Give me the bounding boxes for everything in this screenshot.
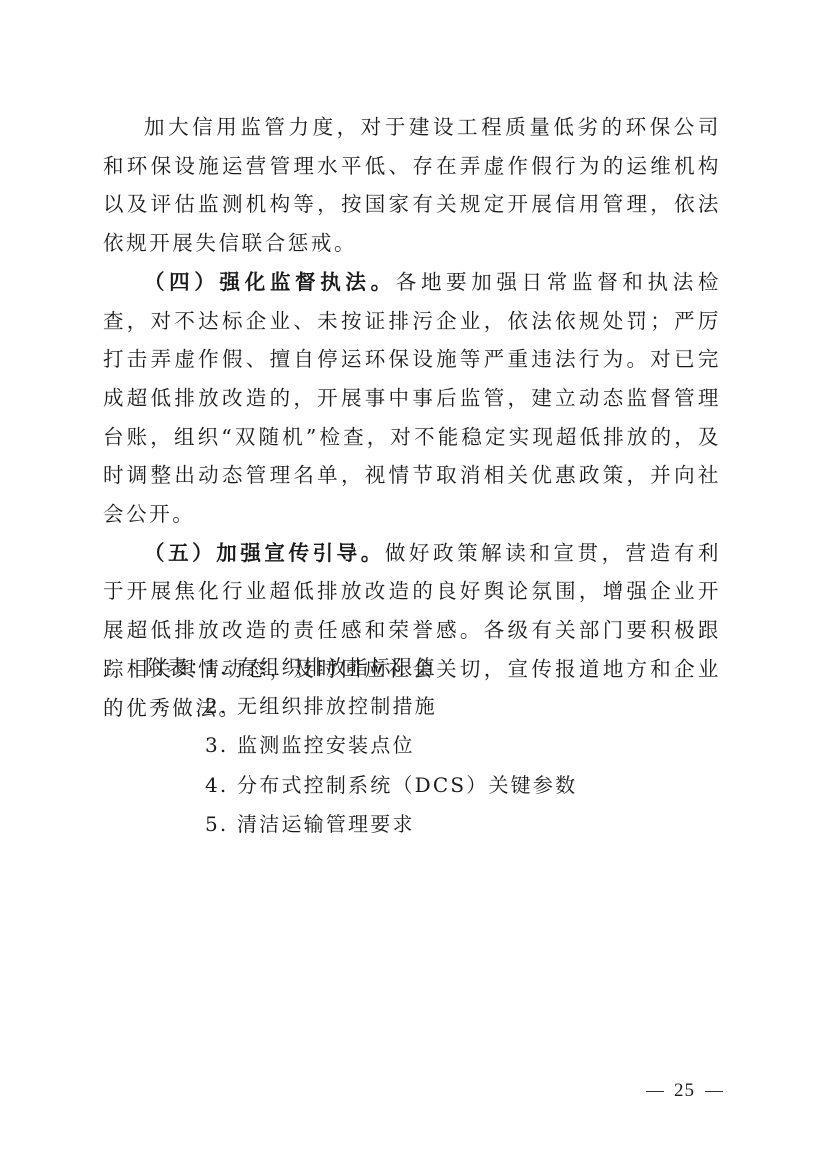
dash-left [646,1091,664,1092]
appendix-item: 1. 有组织排放指标限值 [205,648,437,687]
paragraph-supervision-enforcement: （四）强化监督执法。各地要加强日常监督和执法检查，对不达标企业、未按证排污企业，… [103,263,721,534]
appendix-item: 5. 清洁运输管理要求 [205,805,415,844]
appendix-row: 附表： 1. 有组织排放指标限值 [145,648,577,687]
appendix-item: 2. 无组织排放控制措施 [205,687,437,726]
appendix-row: 5. 清洁运输管理要求 [145,805,577,844]
page-number: 25 [636,1080,733,1102]
paragraph-text: 各地要加强日常监督和执法检查，对不达标企业、未按证排污企业，依法依规处罚；严厉打… [103,270,721,526]
appendix-row: 3. 监测监控安装点位 [145,726,577,765]
dash-right [705,1091,723,1092]
appendix-item: 4. 分布式控制系统（DCS）关键参数 [205,766,577,805]
page-number-value: 25 [674,1080,695,1101]
paragraph-credit-supervision: 加大信用监管力度，对于建设工程质量低劣的环保公司和环保设施运营管理水平低、存在弄… [103,108,721,263]
appendix-item: 3. 监测监控安装点位 [205,726,415,765]
paragraph-text: 加大信用监管力度，对于建设工程质量低劣的环保公司和环保设施运营管理水平低、存在弄… [103,115,721,255]
appendix-list: 附表： 1. 有组织排放指标限值 2. 无组织排放控制措施 3. 监测监控安装点… [145,648,577,844]
appendix-label: 附表： [145,648,205,687]
appendix-row: 2. 无组织排放控制措施 [145,687,577,726]
paragraph-heading: （四）强化监督执法。 [144,270,396,294]
document-body: 加大信用监管力度，对于建设工程质量低劣的环保公司和环保设施运营管理水平低、存在弄… [103,108,721,727]
appendix-row: 4. 分布式控制系统（DCS）关键参数 [145,766,577,805]
paragraph-heading: （五）加强宣传引导。 [144,541,385,565]
